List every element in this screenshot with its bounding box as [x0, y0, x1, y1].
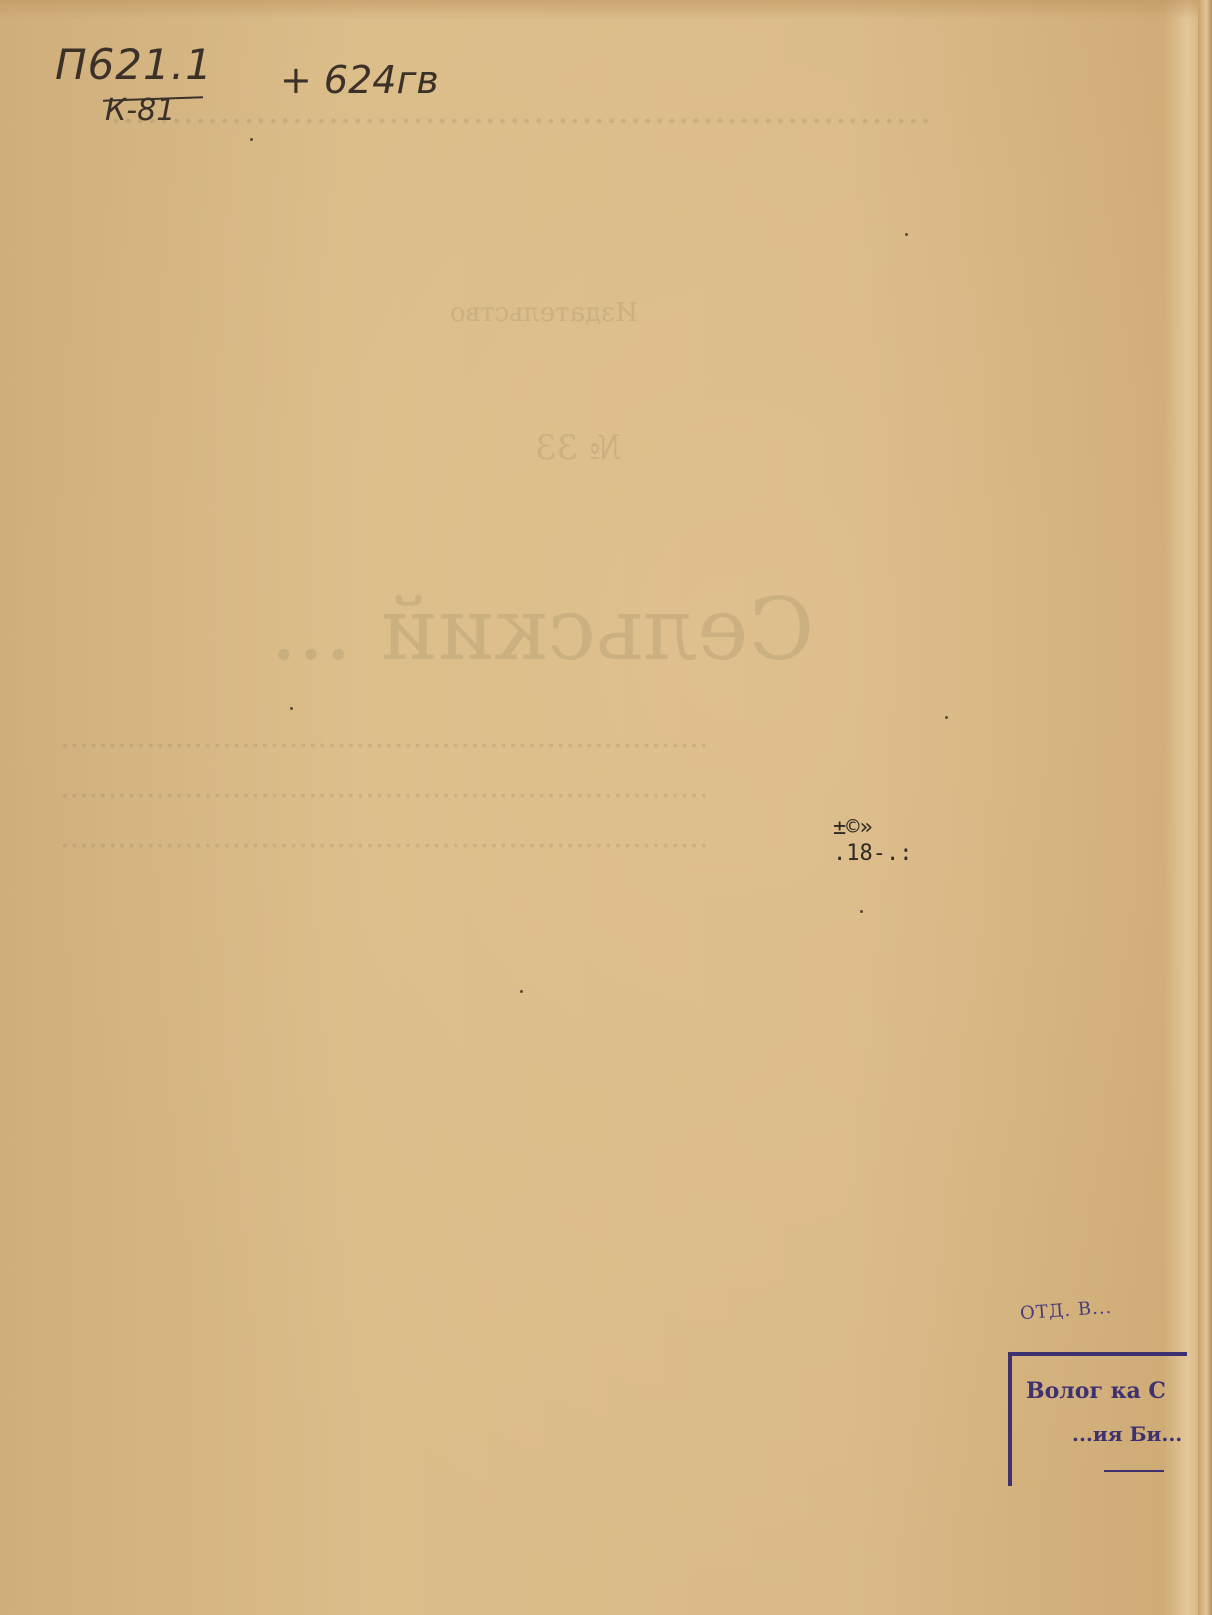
pencil-mark-line2: .18-.:	[833, 841, 912, 867]
shelfmark: П621.1 К-81	[55, 40, 213, 128]
show-through-header: ........................................…	[110, 88, 931, 132]
page-top-shadow	[0, 0, 1212, 20]
page-right-edge	[1198, 0, 1212, 1615]
speck	[905, 233, 908, 236]
stamp-line1: Волог ка С	[1026, 1378, 1166, 1404]
inventory-number: + 624гв	[280, 58, 439, 102]
speck	[860, 910, 863, 913]
show-through-line2: № 33	[535, 428, 621, 468]
scanned-page: ........................................…	[0, 0, 1212, 1615]
speck	[290, 707, 293, 710]
show-through-body-2: ........................................…	[60, 770, 708, 805]
stamp-header: ОТД. В...	[1019, 1297, 1112, 1324]
speck	[250, 138, 253, 141]
library-stamp: Волог ка С ...ия Би...	[1008, 1352, 1187, 1486]
show-through-body-1: ........................................…	[60, 720, 708, 755]
speck	[945, 716, 948, 719]
speck	[520, 990, 523, 993]
show-through-title: Сельский ...	[270, 580, 814, 680]
show-through-line1: Издательство	[450, 298, 638, 328]
stamp-dash	[1104, 1470, 1164, 1472]
stamp-line2: ...ия Би...	[1072, 1422, 1182, 1446]
show-through-body-3: ........................................…	[60, 820, 708, 855]
pencil-mark-line1: ±©»	[833, 815, 912, 841]
pencil-mark: ±©» .18-.:	[833, 815, 912, 867]
shelfmark-top: П621.1	[55, 40, 213, 89]
